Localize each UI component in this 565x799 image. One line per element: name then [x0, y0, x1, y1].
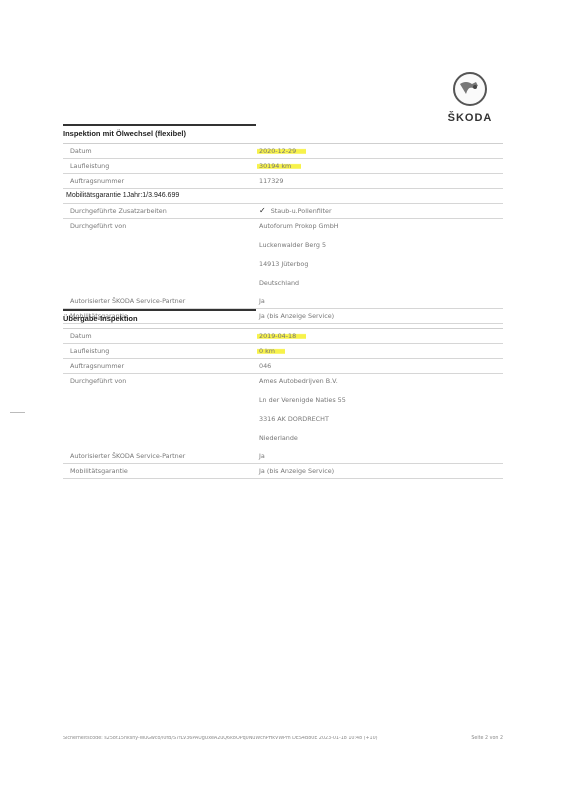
row-value: 0 km	[257, 347, 285, 355]
address-line: Ames Autobedrijven B.V.	[259, 374, 503, 389]
table-row: Durchgeführte Zusatzarbeiten ✓Staub-u.Po…	[63, 204, 503, 219]
row-value: Ja	[259, 449, 503, 463]
row-label: Autorisierter ŠKODA Service-Partner	[63, 449, 259, 463]
row-label: Mobilitätsgarantie	[63, 464, 259, 478]
section-title: Übergabe-Inspektion	[63, 309, 256, 328]
row-label: Durchgeführte Zusatzarbeiten	[63, 204, 259, 218]
row-label: Datum	[63, 144, 259, 158]
row-value: 2020-12-29	[257, 147, 306, 155]
skoda-logo: ŠKODA	[440, 72, 500, 124]
table-row: Autorisierter ŠKODA Service-Partner Ja	[63, 449, 503, 464]
address-line: Luckenwalder Berg 5	[259, 238, 503, 253]
row-value: 30194 km	[257, 162, 301, 170]
section-title: Inspektion mit Ölwechsel (flexibel)	[63, 124, 256, 143]
address-line: Ln der Verenigde Naties 55	[259, 393, 503, 408]
row-value: 046	[259, 359, 503, 373]
address-line: Autoforum Prokop GmbH	[259, 219, 503, 234]
address-line: 14913 Jüterbog	[259, 257, 503, 272]
table-row: Durchgeführt von Ames Autobedrijven B.V.…	[63, 374, 503, 446]
row-label: Datum	[63, 329, 259, 343]
section-inspection-oil-change: Inspektion mit Ölwechsel (flexibel) Datu…	[63, 124, 503, 324]
row-value: Ja	[259, 294, 503, 308]
address-line: Niederlande	[259, 431, 503, 446]
table-row: Autorisierter ŠKODA Service-Partner Ja	[63, 294, 503, 309]
row-label: Laufleistung	[63, 344, 259, 358]
row-value: Staub-u.Pollenfilter	[271, 207, 332, 215]
margin-mark	[10, 412, 25, 413]
section-handover-inspection: Übergabe-Inspektion Datum 2019-04-18 Lau…	[63, 309, 503, 479]
table-row: Auftragsnummer 046	[63, 359, 503, 374]
row-label: Durchgeführt von	[63, 374, 259, 446]
table-row: Mobilitätsgarantie Ja (bis Anzeige Servi…	[63, 464, 503, 479]
page-number: Seite 2 von 2	[471, 736, 503, 741]
skoda-winged-arrow-icon	[453, 72, 487, 106]
table-row: Durchgeführt von Autoforum Prokop GmbH L…	[63, 219, 503, 291]
table-row: Datum 2020-12-29	[63, 144, 503, 159]
checkmark-icon: ✓	[259, 206, 266, 215]
table-row: Auftragsnummer 117329	[63, 174, 503, 189]
brand-name: ŠKODA	[440, 112, 500, 124]
security-code: Sicherheitscode: s258t15nksny-WuGwco/l0f…	[63, 736, 378, 741]
row-label: Autorisierter ŠKODA Service-Partner	[63, 294, 259, 308]
row-label: Auftragsnummer	[63, 174, 259, 188]
row-label: Durchgeführt von	[63, 219, 259, 291]
table-row: Laufleistung 0 km	[63, 344, 503, 359]
address-line: 3316 AK DORDRECHT	[259, 412, 503, 427]
row-label: Laufleistung	[63, 159, 259, 173]
row-value: Ja (bis Anzeige Service)	[259, 464, 503, 478]
page-footer: Sicherheitscode: s258t15nksny-WuGwco/l0f…	[63, 736, 503, 741]
row-value: 117329	[259, 174, 503, 188]
row-value: 2019-04-18	[257, 332, 306, 340]
table-row: Laufleistung 30194 km	[63, 159, 503, 174]
table-row: Mobilitätsgarantie 1Jahr:1/3.946.699	[63, 189, 503, 204]
row-label: Mobilitätsgarantie 1Jahr:1/3.946.699	[63, 189, 503, 203]
table-row: Datum 2019-04-18	[63, 329, 503, 344]
row-label: Auftragsnummer	[63, 359, 259, 373]
address-line: Deutschland	[259, 276, 503, 291]
